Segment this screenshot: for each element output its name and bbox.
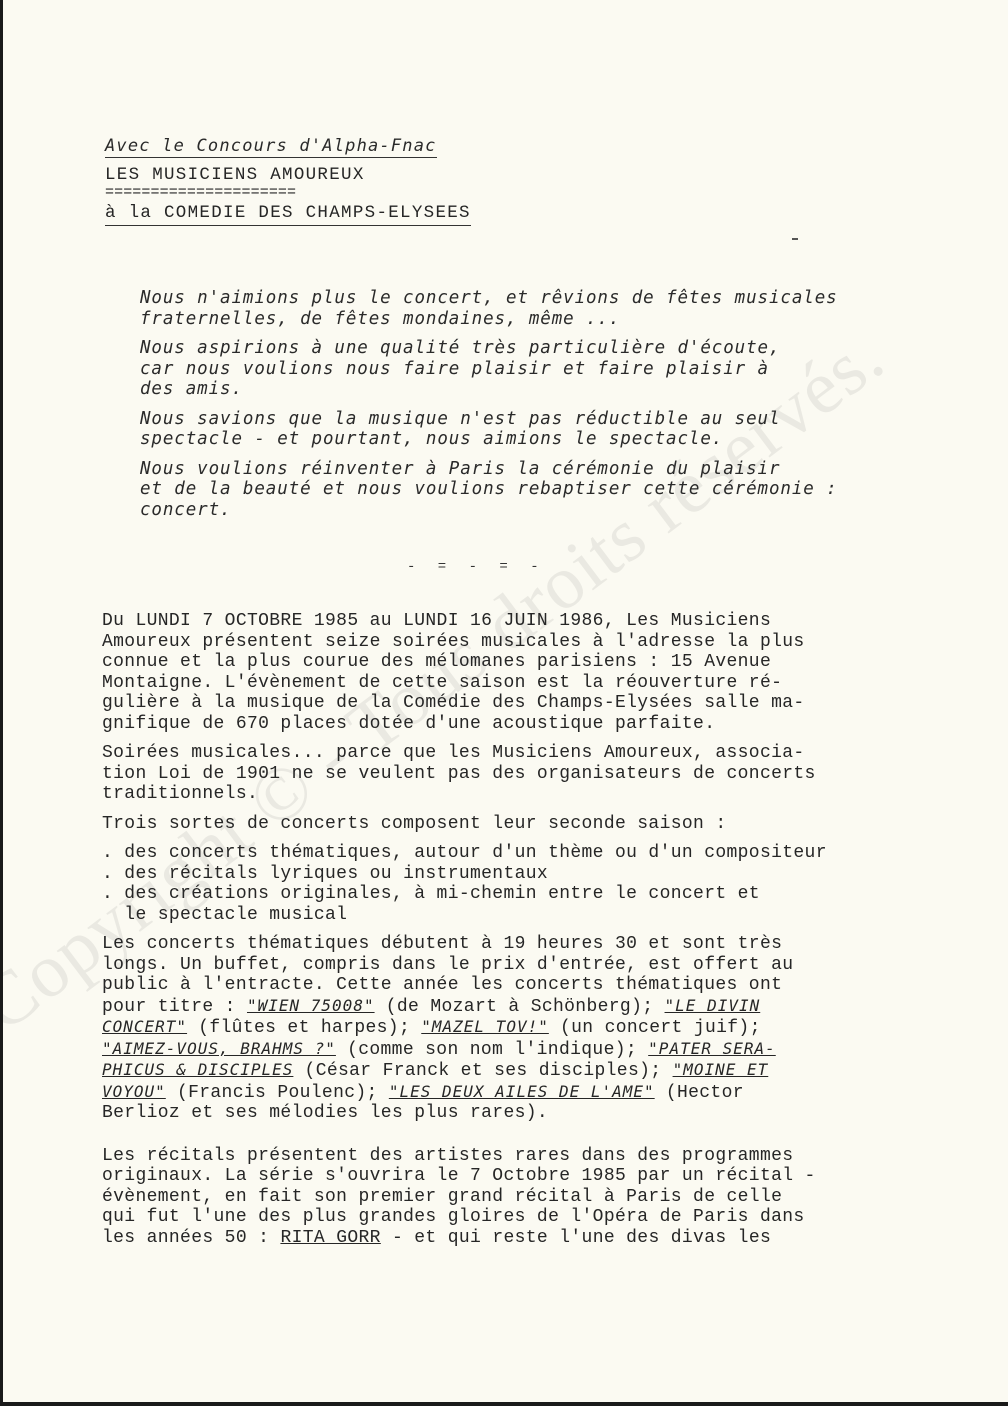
concert-title: PHICUS & DISCIPLES (102, 1060, 293, 1079)
document-title: LES MUSICIENS AMOUREUX (105, 165, 471, 185)
concert-title: "AIMEZ-VOUS, BRAHMS ?" (102, 1039, 336, 1058)
intro-paragraph: Du LUNDI 7 OCTOBRE 1985 au LUNDI 16 JUIN… (102, 611, 922, 734)
sponsor-line: Avec le Concours d'Alpha-Fnac (105, 136, 437, 158)
document-body: Du LUNDI 7 OCTOBRE 1985 au LUNDI 16 JUIN… (102, 611, 922, 1257)
concert-types-list: . des concerts thématiques, autour d'un … (102, 843, 922, 925)
document-page: Copyright © - Tous droits réservés. Avec… (3, 0, 1008, 1402)
concert-title: "LE DIVIN (665, 996, 761, 1015)
stray-mark (792, 238, 798, 240)
soirees-paragraph: Soirées musicales... parce que les Music… (102, 743, 922, 805)
concert-title: "MOINE ET (673, 1060, 769, 1079)
artist-name: RITA GORR (280, 1228, 380, 1248)
title-rule: ===================== (105, 187, 471, 199)
concert-types-intro: Trois sortes de concerts composent leur … (102, 814, 922, 835)
section-separator: - = - = - (407, 559, 546, 575)
concert-title: "MAZEL TOV!" (421, 1017, 549, 1036)
quote-paragraph: Nous n'aimions plus le concert, et rêvio… (140, 288, 900, 329)
concert-title: "WIEN 75008" (247, 996, 375, 1015)
concert-title: "PATER SERA- (648, 1039, 776, 1058)
quote-paragraph: Nous savions que la musique n'est pas ré… (140, 409, 900, 450)
venue-line: à la COMEDIE DES CHAMPS-ELYSEES (105, 203, 471, 226)
thematic-paragraph: Les concerts thématiques débutent à 19 h… (102, 934, 922, 1124)
quote-paragraph: Nous voulions réinventer à Paris la céré… (140, 459, 900, 521)
concert-title: VOYOU" (102, 1082, 166, 1101)
recitals-paragraph: Les récitals présentent des artistes rar… (102, 1146, 922, 1249)
quote-paragraph: Nous aspirions à une qualité très partic… (140, 338, 900, 400)
manifesto-quote: Nous n'aimions plus le concert, et rêvio… (140, 288, 900, 529)
concert-title: "LES DEUX AILES DE L'AME" (389, 1082, 655, 1101)
concert-title: CONCERT" (102, 1017, 187, 1036)
document-header: Avec le Concours d'Alpha-Fnac LES MUSICI… (105, 136, 471, 226)
